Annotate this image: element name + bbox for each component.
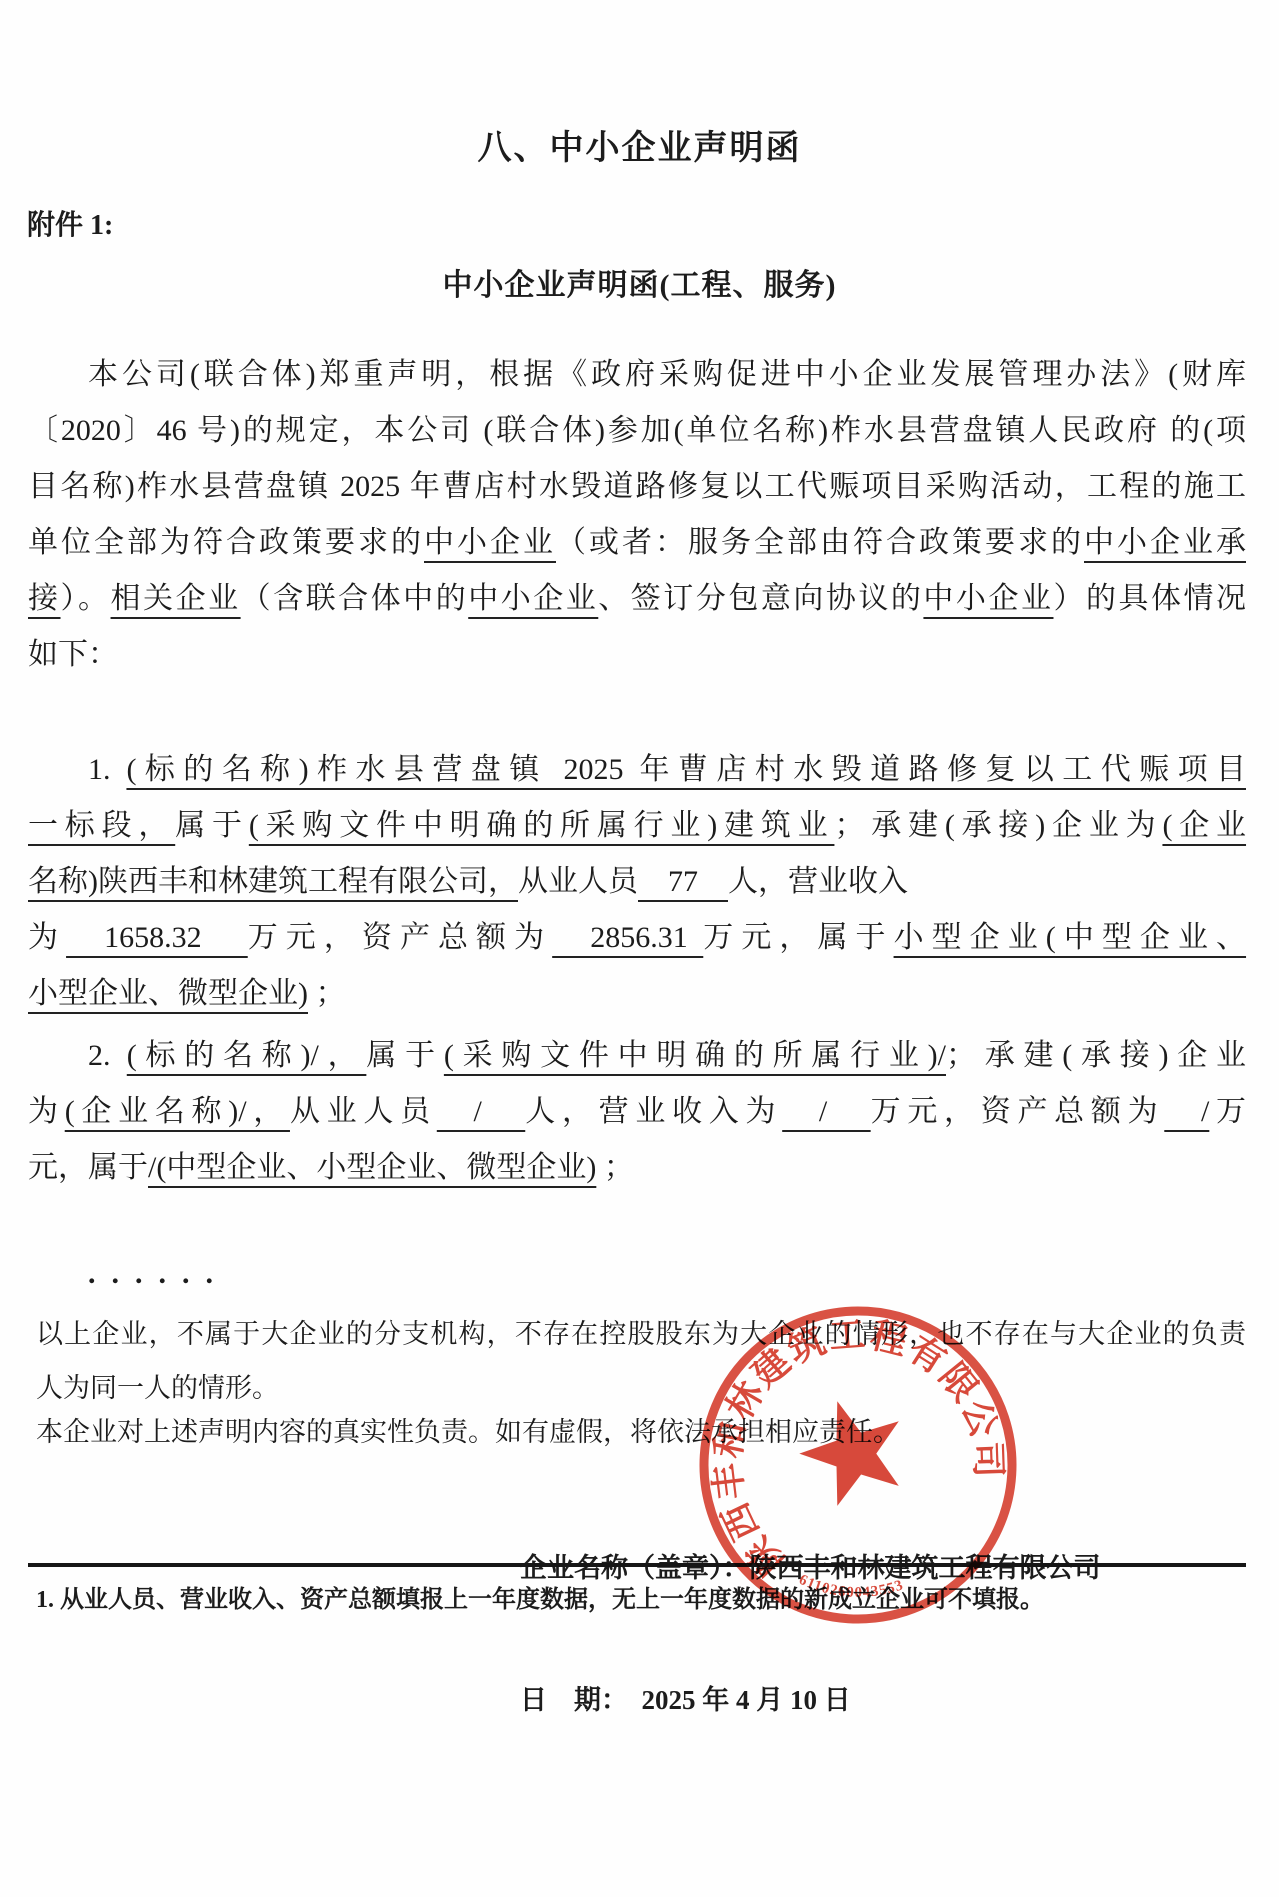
text-run: 属于 (175, 809, 249, 842)
text-run: ； (596, 1151, 634, 1184)
filled-blank: 中小企业 (923, 582, 1053, 615)
text-run: 从业人员 (290, 1095, 437, 1128)
text-line: 本公司(联合体)郑重声明，根据《政府采购促进中小企业发展管理办法》(财库 (28, 347, 1246, 403)
text-run: 如下： (28, 638, 118, 671)
text-run: ；承建(承接)企业为 (834, 809, 1162, 842)
text-line: 元，属于/(中型企业、小型企业、微型企业) ； (28, 1140, 1246, 1196)
text-line: 〔2020〕46 号)的规定，本公司 (联合体)参加(单位名称)柞水县营盘镇人民… (28, 403, 1246, 459)
text-run: 本公司(联合体)郑重声明，根据《政府采购促进中小企业发展管理办法》(财库 (88, 358, 1246, 391)
text-run: 人为同一人的情形。 (36, 1373, 279, 1403)
text-line: 单位全部为符合政策要求的中小企业（或者：服务全部由符合政策要求的中小企业承 (28, 515, 1246, 571)
text-run: 万元，属于 (703, 921, 893, 954)
text-run: ...... (88, 1257, 229, 1290)
item1-paragraph: 1. (标的名称)柞水县营盘镇 2025 年曹店村水毁道路修复以工代赈项目一标段… (28, 742, 1246, 1022)
filled-blank: (企业 (1162, 809, 1246, 842)
text-run: 、签订分包意向协议的 (598, 582, 923, 615)
text-run: 1. (88, 753, 126, 786)
filled-blank: 小型企业、微型企业) (28, 977, 308, 1010)
filled-blank: (采购文件中明确的所属行业)/ (444, 1039, 946, 1072)
text-run: ；承建(承接)企业 (946, 1039, 1246, 1072)
text-run: 万元，资产总额为 (871, 1095, 1165, 1128)
text-line: 1. (标的名称)柞水县营盘镇 2025 年曹店村水毁道路修复以工代赈项目 (28, 742, 1246, 798)
text-line: 一标段，属于(采购文件中明确的所属行业)建筑业；承建(承接)企业为(企业 (28, 798, 1246, 854)
filled-blank: 中小企业 (468, 582, 598, 615)
text-run: ）。 (61, 582, 111, 615)
text-run: 人，营业收入为 (525, 1095, 782, 1128)
text-run: 2. (88, 1039, 127, 1072)
text-run: 人，营业收入 (728, 865, 908, 898)
filled-blank: / (782, 1095, 870, 1128)
text-run: 为 (28, 1095, 65, 1128)
filled-blank: 一标段， (28, 809, 175, 842)
text-run: ）的具体情况 (1053, 582, 1246, 615)
filled-blank: / (437, 1095, 525, 1128)
filled-blank: 名称)陕西丰和林建筑工程有限公司， (28, 865, 518, 898)
filled-blank: 中小企业 (424, 526, 556, 559)
footnote: 1. 从业人员、营业收入、资产总额填报上一年度数据，无上一年度数据的新成立企业可… (36, 1580, 1246, 1620)
intro-paragraph: 本公司(联合体)郑重声明，根据《政府采购促进中小企业发展管理办法》(财库〔202… (28, 347, 1246, 683)
filled-blank: /(中型企业、小型企业、微型企业) (148, 1151, 596, 1184)
page-title: 八、中小企业声明函 (0, 120, 1279, 169)
text-line: 接）。相关企业（含联合体中的中小企业、签订分包意向协议的中小企业）的具体情况 (28, 571, 1246, 627)
item2-paragraph: 2. (标的名称)/，属于(采购文件中明确的所属行业)/；承建(承接)企业为(企… (28, 1028, 1246, 1196)
text-run: 目名称)柞水县营盘镇 2025 年曹店村水毁道路修复以工代赈项目采购活动，工程的… (28, 470, 1246, 503)
filled-blank: 相关企业 (111, 582, 241, 615)
text-run: 元，属于 (28, 1151, 148, 1184)
responsibility-paragraph: 本企业对上述声明内容的真实性负责。如有虚假，将依法承担相应责任。 (36, 1405, 1246, 1459)
text-line: 本企业对上述声明内容的真实性负责。如有虚假，将依法承担相应责任。 (36, 1405, 1246, 1459)
text-run: ； (308, 977, 346, 1010)
filled-blank: (标的名称)柞水县营盘镇 2025 年曹店村水毁道路修复以工代赈项目 (126, 753, 1246, 786)
document-subtitle: 中小企业声明函(工程、服务) (0, 260, 1279, 304)
filled-blank: 1658.32 (66, 921, 248, 954)
text-run: 从业人员 (518, 865, 638, 898)
text-line: 如下： (28, 627, 1246, 683)
filled-blank: / (1164, 1095, 1209, 1128)
seal-star-icon (788, 1385, 918, 1512)
ellipsis-line: ...... (28, 1246, 1246, 1302)
filled-blank: (采购文件中明确的所属行业)建筑业 (249, 809, 835, 842)
text-line: 以上企业，不属于大企业的分支机构，不存在控股股东为大企业的情形，也不存在与大企业… (36, 1307, 1246, 1361)
text-line: 目名称)柞水县营盘镇 2025 年曹店村水毁道路修复以工代赈项目采购活动，工程的… (28, 459, 1246, 515)
attachment-label: 附件 1: (27, 203, 113, 243)
text-line: 小型企业、微型企业) ； (28, 966, 1246, 1022)
footnote-divider-rule (28, 1563, 1246, 1567)
filled-blank: 小型企业(中型企业、 (894, 921, 1246, 954)
text-run: （或者：服务全部由符合政策要求的 (556, 526, 1084, 559)
text-run: 为 (28, 921, 66, 954)
text-run: 万 (1209, 1095, 1246, 1128)
filled-blank: 77 (638, 865, 728, 898)
text-line: 名称)陕西丰和林建筑工程有限公司，从业人员 77 人，营业收入 (28, 854, 1246, 910)
closing-paragraph: 以上企业，不属于大企业的分支机构，不存在控股股东为大企业的情形，也不存在与大企业… (36, 1307, 1246, 1415)
company-seal: 陕西丰和林建筑工程有限公司 6110260043553 (688, 1295, 1028, 1635)
text-run: 万元，资产总额为 (248, 921, 552, 954)
text-run: （含联合体中的 (241, 582, 469, 615)
filled-blank: 2856.31 (552, 921, 703, 954)
document-page: 八、中小企业声明函 附件 1: 中小企业声明函(工程、服务) 本公司(联合体)郑… (0, 0, 1279, 1897)
signature-date-line: 日 期： 2025 年 4 月 10 日 (520, 1678, 1101, 1722)
text-line: 2. (标的名称)/，属于(采购文件中明确的所属行业)/；承建(承接)企业 (28, 1028, 1246, 1084)
text-run: 属于 (366, 1039, 444, 1072)
filled-blank: 接 (28, 582, 61, 615)
filled-blank: (标的名称)/， (127, 1039, 367, 1072)
text-line: ...... (28, 1246, 1246, 1302)
text-run: 〔2020〕46 号)的规定，本公司 (联合体)参加(单位名称)柞水县营盘镇人民… (28, 414, 1246, 447)
text-run: 单位全部为符合政策要求的 (28, 526, 424, 559)
text-line: 为 1658.32 万元，资产总额为 2856.31 万元，属于小型企业(中型企… (28, 910, 1246, 966)
filled-blank: 中小企业承 (1084, 526, 1246, 559)
text-line: 为(企业名称)/，从业人员 / 人，营业收入为 / 万元，资产总额为 /万 (28, 1084, 1246, 1140)
filled-blank: (企业名称)/， (65, 1095, 290, 1128)
text-run: 以上企业，不属于大企业的分支机构，不存在控股股东为大企业的情形，也不存在与大企业… (36, 1319, 1246, 1349)
